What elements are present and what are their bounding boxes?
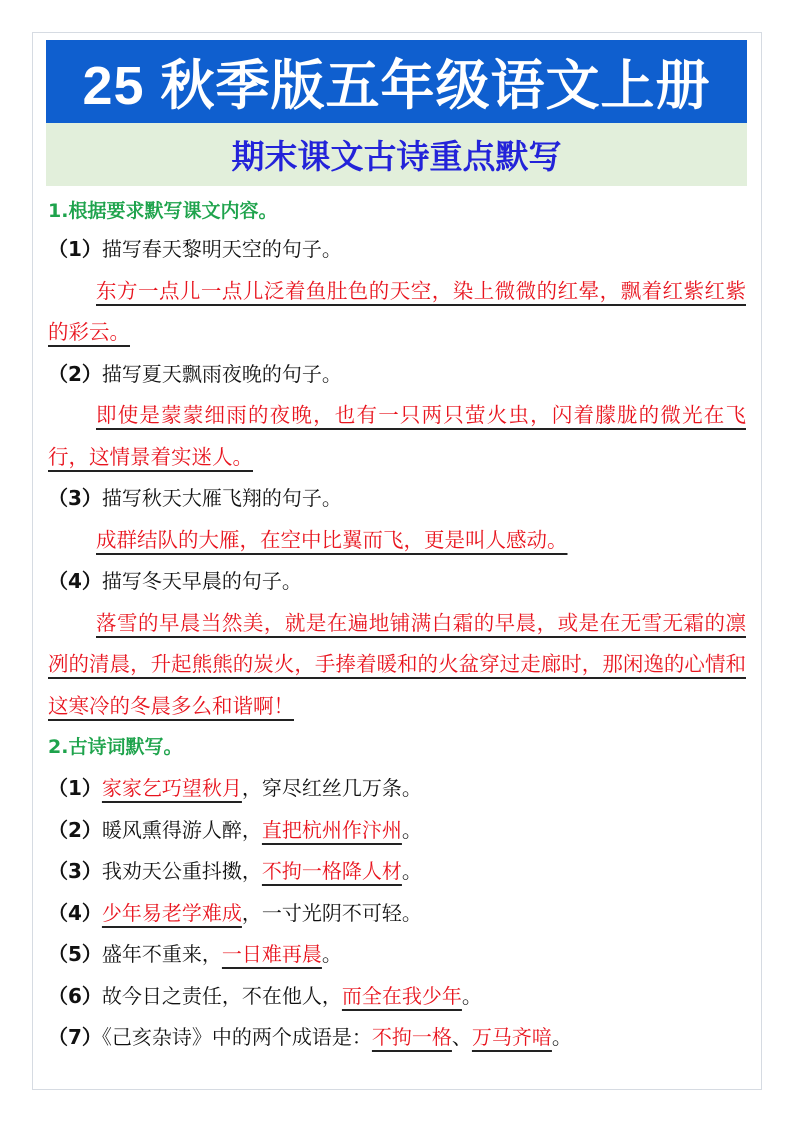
given-text: 我劝天公重抖擞， — [102, 859, 262, 883]
given-text: 《己亥杂诗》中的两个成语是： — [102, 1025, 372, 1049]
question-number: （4） — [48, 569, 102, 593]
question-1-3: （3）描写秋天大雁飞翔的句子。 — [48, 478, 746, 520]
given-text: 故今日之责任，不在他人， — [102, 984, 342, 1008]
answer-text: 即使是蒙蒙细雨的夜晚，也有一只两只萤火虫，闪着朦胧的微光在飞行，这情景着实迷人。 — [48, 403, 746, 469]
answer-blank: 直把杭州作汴州 — [262, 818, 402, 842]
given-text: 、 — [452, 1025, 472, 1049]
question-number: （3） — [48, 859, 102, 883]
poem-line-2: （2）暖风熏得游人醉，直把杭州作汴州。 — [48, 810, 746, 852]
document-subtitle: 期末课文古诗重点默写 — [232, 131, 562, 178]
given-text: 盛年不重来， — [102, 942, 222, 966]
answer-blank: 不拘一格降人材 — [262, 859, 402, 883]
question-number: （4） — [48, 901, 102, 925]
poem-line-7: （7）《己亥杂诗》中的两个成语是：不拘一格、万马齐喑。 — [48, 1017, 746, 1059]
answer-blank: 一日难再晨 — [222, 942, 322, 966]
question-number: （3） — [48, 486, 102, 510]
question-number: （6） — [48, 984, 102, 1008]
question-prompt: 描写夏天飘雨夜晚的句子。 — [102, 362, 342, 386]
given-text: 。 — [402, 818, 422, 842]
question-number: （1） — [48, 237, 102, 261]
answer-blank: 不拘一格 — [372, 1025, 452, 1049]
poem-line-4: （4）少年易老学难成，一寸光阴不可轻。 — [48, 893, 746, 935]
poem-line-5: （5）盛年不重来，一日难再晨。 — [48, 934, 746, 976]
answer-1-3: 成群结队的大雁，在空中比翼而飞，更是叫人感动。 — [48, 520, 746, 562]
poem-line-6: （6）故今日之责任，不在他人，而全在我少年。 — [48, 976, 746, 1018]
subtitle-banner: 期末课文古诗重点默写 — [46, 123, 747, 186]
question-1-1: （1）描写春天黎明天空的句子。 — [48, 229, 746, 271]
document-title: 25 秋季版五年级语文上册 — [82, 43, 710, 120]
question-number: （7） — [48, 1025, 102, 1049]
poem-line-1: （1）家家乞巧望秋月，穿尽红丝几万条。 — [48, 768, 746, 810]
poem-line-3: （3）我劝天公重抖擞，不拘一格降人材。 — [48, 851, 746, 893]
answer-blank: 万马齐喑 — [472, 1025, 552, 1049]
given-text: 。 — [322, 942, 342, 966]
answer-blank: 少年易老学难成 — [102, 901, 242, 925]
given-text: 。 — [402, 859, 422, 883]
given-text: 。 — [462, 984, 482, 1008]
answer-text: 东方一点儿一点儿泛着鱼肚色的天空，染上微微的红晕，飘着红紫红紫的彩云。 — [48, 279, 746, 345]
answer-text: 落雪的早晨当然美，就是在遍地铺满白霜的早晨，或是在无雪无霜的凛冽的清晨，升起熊熊… — [48, 611, 746, 718]
answer-blank: 家家乞巧望秋月 — [102, 776, 242, 800]
answer-1-1: 东方一点儿一点儿泛着鱼肚色的天空，染上微微的红晕，飘着红紫红紫的彩云。 — [48, 271, 746, 354]
question-prompt: 描写秋天大雁飞翔的句子。 — [102, 486, 342, 510]
title-banner: 25 秋季版五年级语文上册 — [46, 40, 747, 123]
question-prompt: 描写冬天早晨的句子。 — [102, 569, 302, 593]
question-number: （2） — [48, 818, 102, 842]
question-number: （2） — [48, 362, 102, 386]
section-heading-1: 1.根据要求默写课文内容。 — [48, 193, 746, 229]
question-prompt: 描写春天黎明天空的句子。 — [102, 237, 342, 261]
given-text: ，一寸光阴不可轻。 — [242, 901, 422, 925]
document-content: 1.根据要求默写课文内容。 （1）描写春天黎明天空的句子。 东方一点儿一点儿泛着… — [48, 193, 746, 1059]
question-1-2: （2）描写夏天飘雨夜晚的句子。 — [48, 354, 746, 396]
question-number: （1） — [48, 776, 102, 800]
given-text: 暖风熏得游人醉， — [102, 818, 262, 842]
answer-text: 成群结队的大雁，在空中比翼而飞，更是叫人感动。 — [96, 528, 568, 552]
section-heading-2: 2.古诗词默写。 — [48, 727, 746, 768]
given-text: 。 — [552, 1025, 572, 1049]
question-1-4: （4）描写冬天早晨的句子。 — [48, 561, 746, 603]
answer-blank: 而全在我少年 — [342, 984, 462, 1008]
answer-1-2: 即使是蒙蒙细雨的夜晚，也有一只两只萤火虫，闪着朦胧的微光在飞行，这情景着实迷人。 — [48, 395, 746, 478]
answer-1-4: 落雪的早晨当然美，就是在遍地铺满白霜的早晨，或是在无雪无霜的凛冽的清晨，升起熊熊… — [48, 603, 746, 728]
given-text: ，穿尽红丝几万条。 — [242, 776, 422, 800]
question-number: （5） — [48, 942, 102, 966]
